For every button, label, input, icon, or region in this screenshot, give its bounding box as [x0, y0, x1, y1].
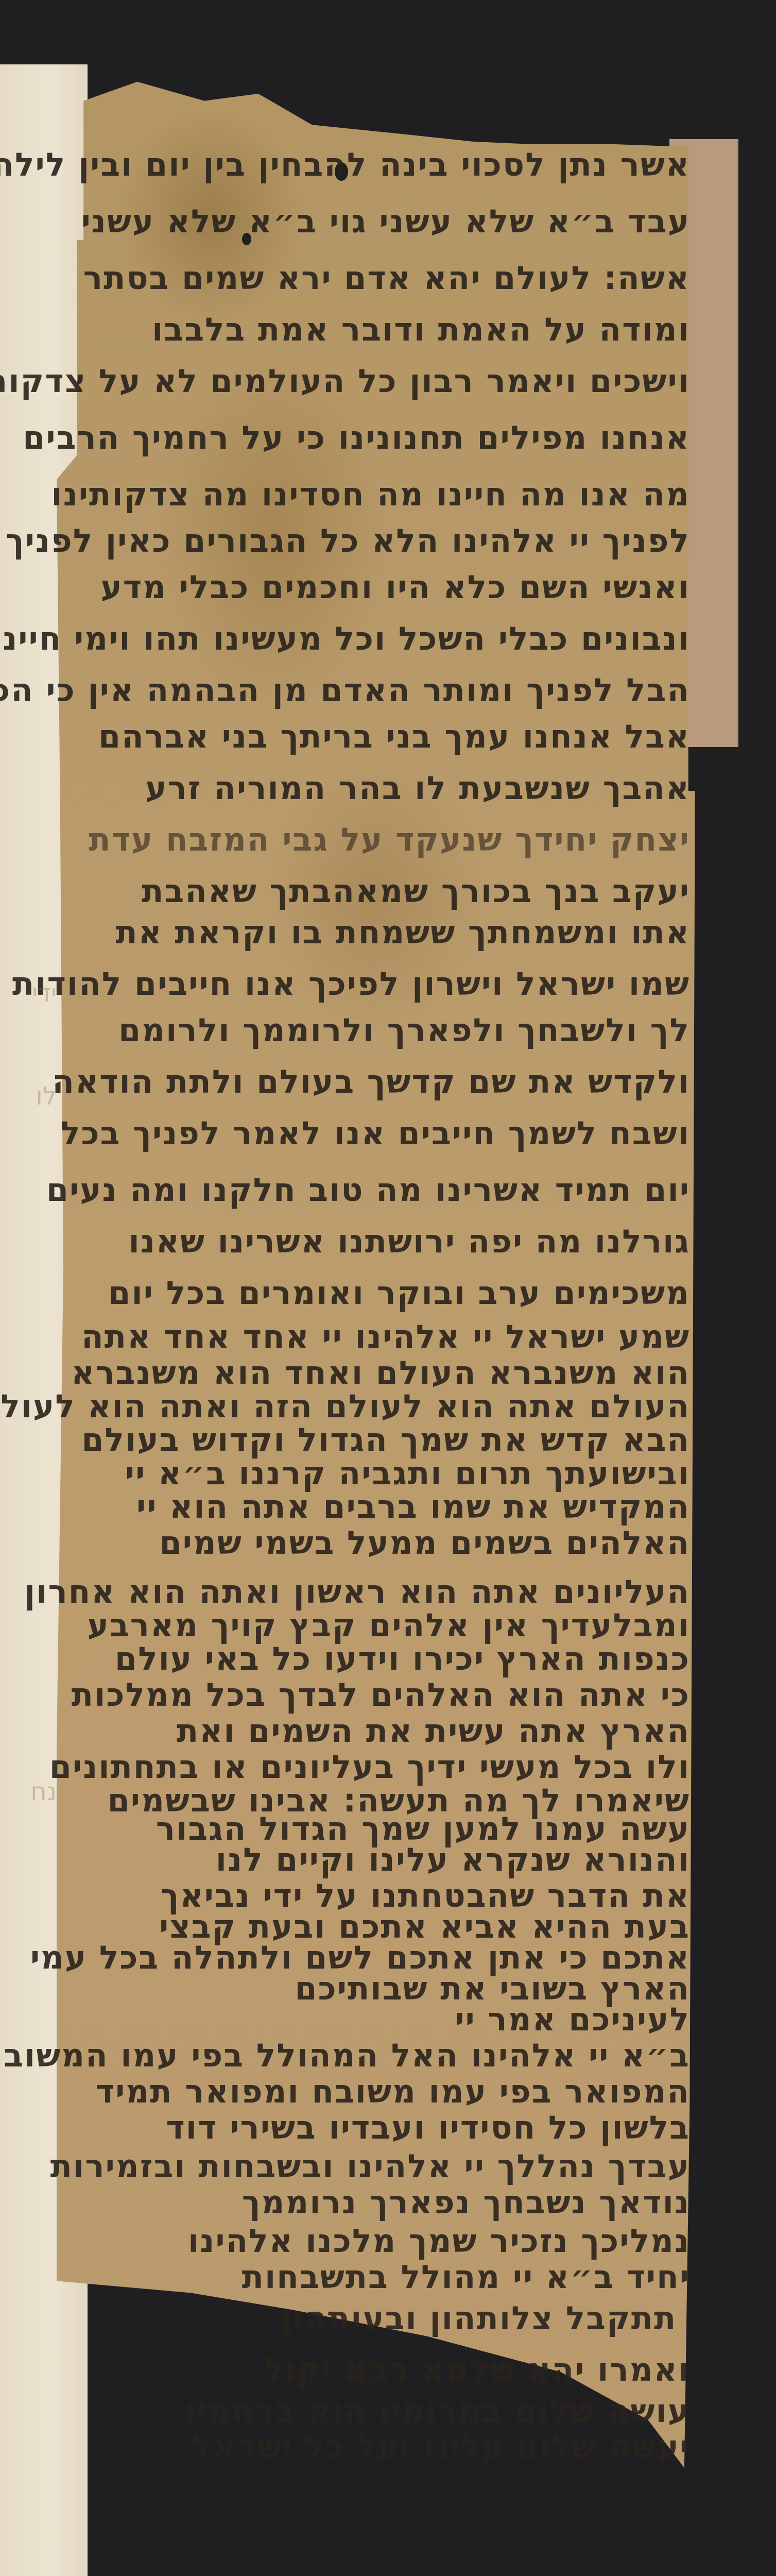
text-line: לך ולשבחך ולפארך ולרוממך ולרומם: [82, 1005, 690, 1056]
text-line: האלהים בשמים ממעל בשמי שמים: [82, 1517, 690, 1569]
text-line: אשה: לעולם יהא אדם ירא שמים בסתר: [82, 252, 690, 304]
text-line: אשר נתן לסכוי בינה להבחין בין יום ובין ל…: [82, 139, 690, 191]
text-line: לפניך יי אלהינו הלא כל הגבורים כאין לפני…: [82, 515, 690, 567]
text-line: שמו ישראל וישרון לפיכך אנו חייבים להודות: [82, 958, 690, 1010]
text-line: הבל לפניך ומותר האדם מן הבהמה אין כי הכל: [82, 665, 690, 716]
text-line: ונבונים כבלי השכל וכל מעשינו תהו וימי חי…: [82, 613, 690, 665]
text-line: ומודה על האמת ודובר אמת בלבבו: [82, 304, 690, 355]
text-line: יעשה שלום עלינו ועל כל ישראל: [175, 2421, 690, 2473]
text-line: מה אנו מה חיינו מה חסדינו מה צדקותינו: [82, 469, 690, 520]
text-line: אתו ומשמחתך ששמחת בו וקראת את: [82, 907, 690, 958]
text-line: ולקדש את שם קדשך בעולם ולתת הודאה: [82, 1056, 690, 1108]
text-line: אבל אנחנו עמך בני בריתך בני אברהם: [82, 711, 690, 762]
text-line: גורלנו מה יפה ירושתנו אשרינו שאנו: [82, 1216, 690, 1267]
text-line: יום תמיד אשרינו מה טוב חלקנו ומה נעים: [82, 1164, 690, 1216]
text-line: וישכים ויאמר רבון כל העולמים לא על צדקות…: [82, 355, 690, 407]
bleed-through-text: נח: [5, 1777, 57, 1806]
bleed-through-text: לו: [5, 1082, 57, 1111]
text-line: עבד ב״א שלא עשני גוי ב״א שלא עשני: [82, 196, 690, 247]
text-line: ואנשי השם כלא היו וחכמים כבלי מדע: [82, 562, 690, 613]
bleed-through-text: ידי: [5, 979, 57, 1008]
text-line: תתקבל צלותהון ובעותהון: [268, 2293, 690, 2344]
text-line: אהבך שנשבעת לו בהר המוריה זרע: [82, 762, 690, 814]
text-line: יצחק יחידך שנעקד על גבי המזבח עדת: [82, 814, 690, 866]
text-line: ושבח לשמך חייבים אנו לאמר לפניך בכל: [82, 1108, 690, 1159]
text-line: אנחנו מפילים תחנונינו כי על רחמיך הרבים: [82, 412, 690, 464]
